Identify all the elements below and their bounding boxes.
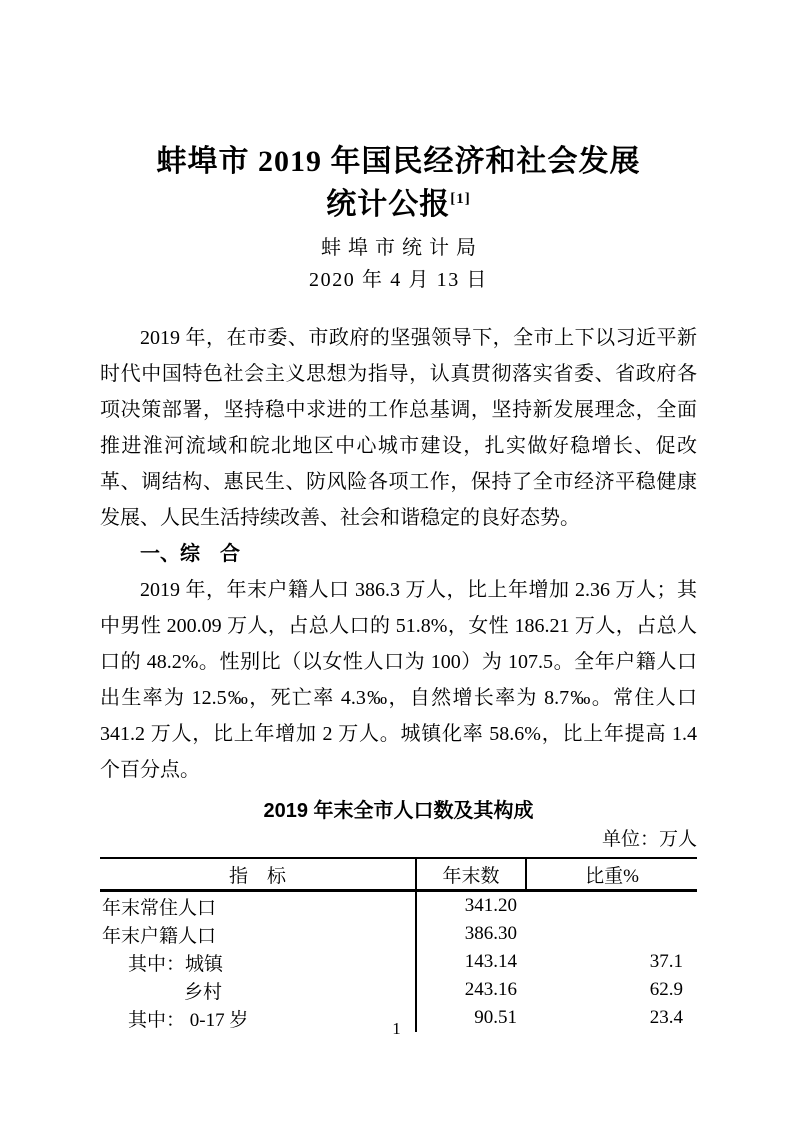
indicator-cell: 其中：城镇 — [100, 948, 416, 976]
year-end-cell: 243.16 — [416, 976, 526, 1004]
indicator-cell: 年末常住人口 — [100, 891, 416, 921]
table-row: 年末常住人口 341.20 — [100, 891, 697, 921]
document-title: 蚌埠市 2019 年国民经济和社会发展 统计公报[1] — [100, 140, 697, 226]
page-number: 1 — [0, 1018, 793, 1040]
intro-paragraph: 2019 年，在市委、市政府的坚强领导下，全市上下以习近平新时代中国特色社会主义… — [100, 320, 697, 536]
year-end-cell: 143.14 — [416, 948, 526, 976]
population-table: 指 标 年末数 比重% 年末常住人口 341.20 年末户籍人口 386.30 … — [100, 857, 697, 1032]
section-heading: 一、综 合 — [100, 536, 697, 572]
share-cell — [526, 891, 697, 921]
year-end-cell: 386.30 — [416, 920, 526, 948]
title-line-2: 统计公报[1] — [100, 183, 697, 226]
section-paragraph: 2019 年，年末户籍人口 386.3 万人，比上年增加 2.36 万人；其中男… — [100, 572, 697, 788]
indicator-cell: 乡村 — [100, 976, 416, 1004]
share-cell: 62.9 — [526, 976, 697, 1004]
table-unit-label: 单位：万人 — [100, 828, 697, 852]
header-year-end: 年末数 — [416, 858, 526, 891]
table-row: 乡村 243.16 62.9 — [100, 976, 697, 1004]
table-row: 其中：城镇 143.14 37.1 — [100, 948, 697, 976]
table-header-row: 指 标 年末数 比重% — [100, 858, 697, 891]
date-line: 2020 年 4 月 13 日 — [100, 266, 697, 294]
share-cell: 37.1 — [526, 948, 697, 976]
document-page: 蚌埠市 2019 年国民经济和社会发展 统计公报[1] 蚌埠市统计局 2020 … — [0, 0, 793, 1122]
table-title: 2019 年末全市人口数及其构成 — [100, 798, 697, 824]
share-cell — [526, 920, 697, 948]
title-line-2-text: 统计公报 — [326, 188, 450, 221]
indicator-cell: 年末户籍人口 — [100, 920, 416, 948]
header-share: 比重% — [526, 858, 697, 891]
author-line: 蚌埠市统计局 — [100, 234, 697, 262]
title-line-1: 蚌埠市 2019 年国民经济和社会发展 — [100, 140, 697, 183]
year-end-cell: 341.20 — [416, 891, 526, 921]
table-row: 年末户籍人口 386.30 — [100, 920, 697, 948]
footnote-marker: [1] — [450, 191, 471, 207]
header-indicator: 指 标 — [100, 858, 416, 891]
